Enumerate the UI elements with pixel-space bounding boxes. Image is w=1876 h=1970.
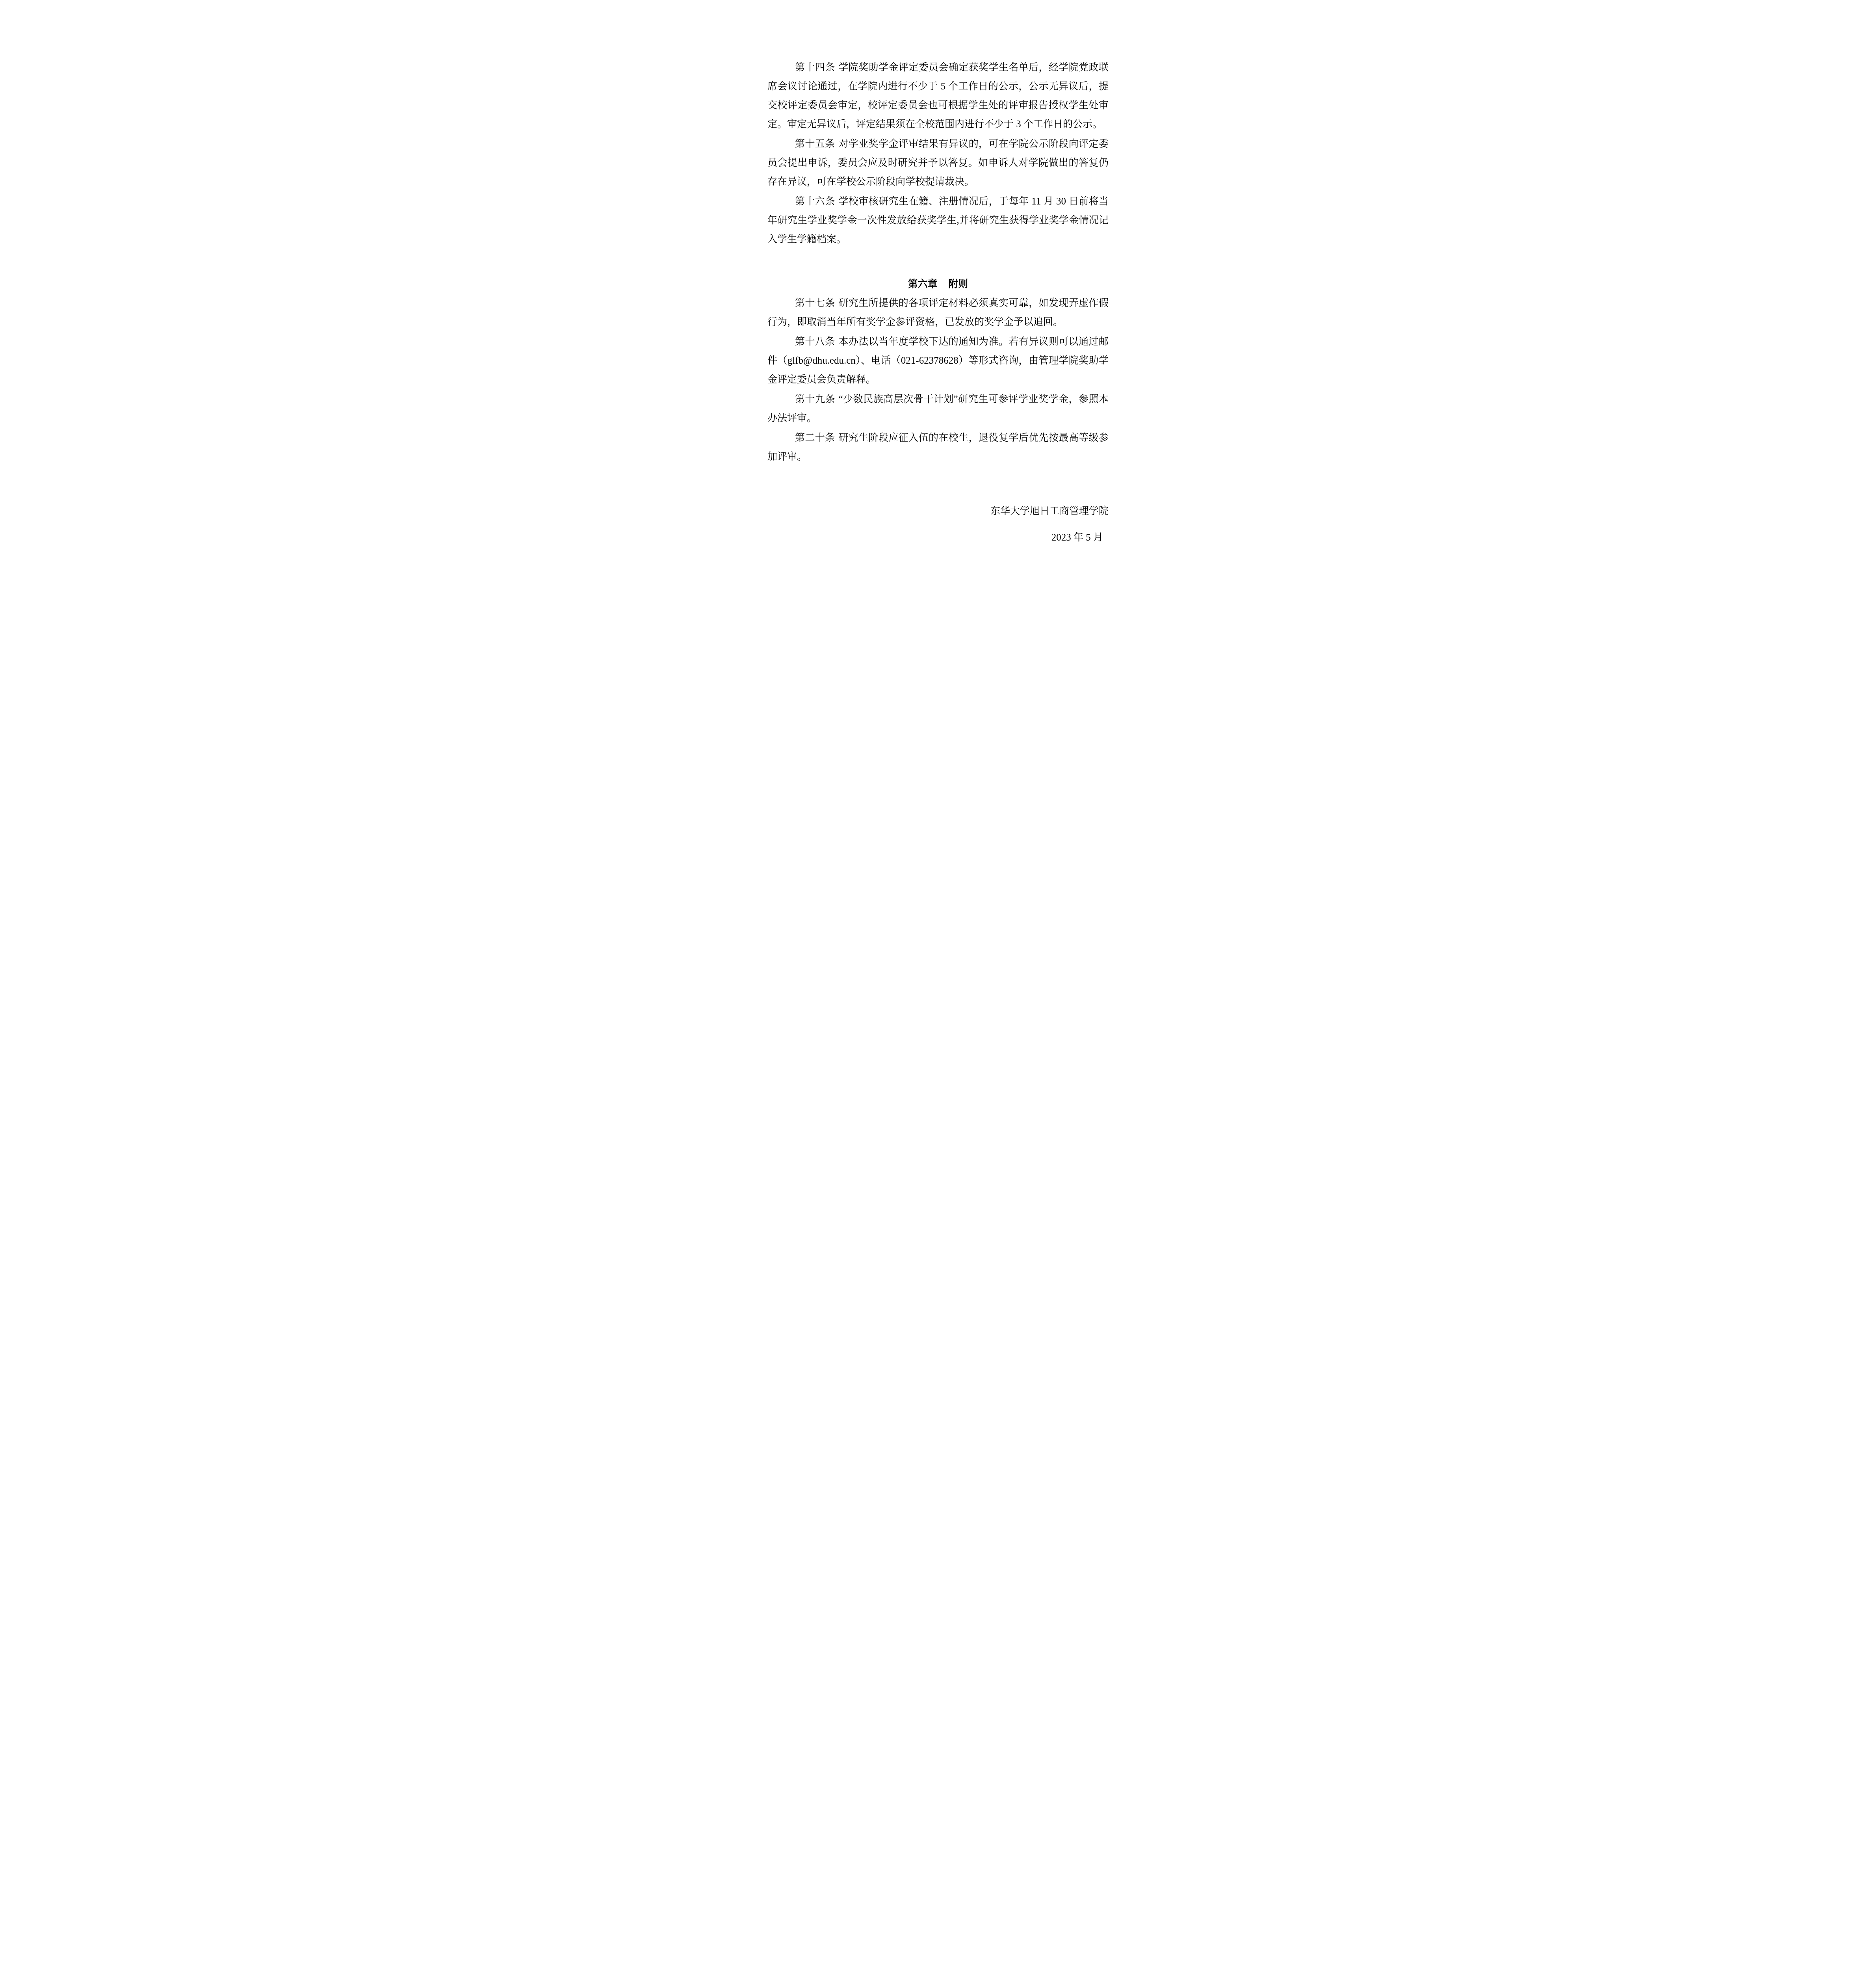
article-20-label: 第二十条: [795, 433, 835, 443]
chapter-number: 第六章: [908, 279, 938, 290]
article-15-label: 第十五条: [795, 139, 835, 149]
article-14-label: 第十四条: [795, 62, 835, 73]
article-14-paragraph: 第十四条学院奖助学金评定委员会确定获奖学生名单后，经学院党政联席会议讨论通过，在…: [767, 58, 1109, 134]
article-19-paragraph: 第十九条“少数民族高层次骨干计划”研究生可参评学业奖学金，参照本办法评审。: [767, 390, 1109, 428]
signature-date: 2023 年 5 月: [767, 528, 1109, 547]
article-20-paragraph: 第二十条研究生阶段应征入伍的在校生，退役复学后优先按最高等级参加评审。: [767, 429, 1109, 466]
article-16-paragraph: 第十六条学校审核研究生在籍、注册情况后，于每年 11 月 30 日前将当年研究生…: [767, 192, 1109, 249]
signature-institution: 东华大学旭日工商管理学院: [767, 502, 1109, 521]
article-18-paragraph: 第十八条本办法以当年度学校下达的通知为准。若有异议则可以通过邮件（glfb@dh…: [767, 333, 1109, 389]
article-19-label: 第十九条: [795, 394, 835, 405]
chapter-title: 附则: [948, 279, 968, 290]
article-18-label: 第十八条: [795, 336, 835, 347]
article-17-paragraph: 第十七条研究生所提供的各项评定材料必须真实可靠，如发现弄虚作假行为，即取消当年所…: [767, 294, 1109, 332]
document-page: 第十四条学院奖助学金评定委员会确定获奖学生名单后，经学院党政联席会议讨论通过，在…: [704, 0, 1172, 663]
chapter-6-heading: 第六章附则: [767, 275, 1109, 294]
article-16-label: 第十六条: [795, 196, 835, 207]
article-17-label: 第十七条: [795, 298, 835, 309]
article-15-paragraph: 第十五条对学业奖学金评审结果有异议的，可在学院公示阶段向评定委员会提出申诉，委员…: [767, 135, 1109, 191]
